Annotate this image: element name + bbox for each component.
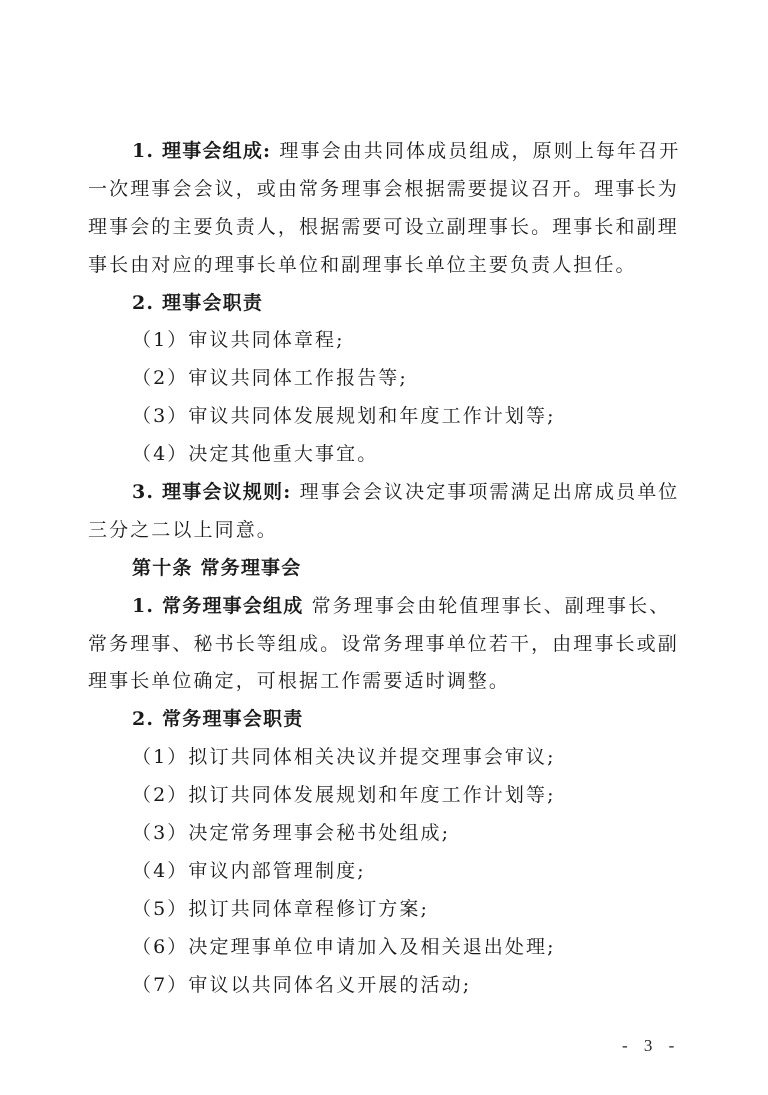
paragraph-line: 理事会的主要负责人，根据需要可设立副理事长。理事长和副理	[88, 209, 678, 247]
paragraph-council-composition: 1. 理事会组成: 理事会由共同体成员组成，原则上每年召开	[88, 133, 678, 171]
list-item: （2）审议共同体工作报告等;	[88, 360, 678, 398]
section-heading: 1. 常务理事会组成	[132, 595, 303, 617]
paragraph-line: 三分之二以上同意。	[88, 512, 678, 550]
list-item: （2）拟订共同体发展规划和年度工作计划等;	[88, 777, 678, 815]
document-body: 1. 理事会组成: 理事会由共同体成员组成，原则上每年召开 一次理事会会议，或由…	[88, 133, 678, 1004]
list-item: （4）审议内部管理制度;	[88, 853, 678, 891]
section-heading-standing-council-duties: 2. 常务理事会职责	[88, 701, 678, 739]
section-heading: 1. 理事会组成:	[132, 140, 271, 162]
paragraph-line: 一次理事会会议，或由常务理事会根据需要提议召开。理事长为	[88, 171, 678, 209]
list-item: （5）拟订共同体章程修订方案;	[88, 891, 678, 929]
paragraph-standing-council-composition: 1. 常务理事会组成 常务理事会由轮值理事长、副理事长、	[88, 588, 678, 626]
paragraph-line: 常务理事、秘书长等组成。设常务理事单位若干，由理事长或副	[88, 626, 678, 664]
list-item: （3）审议共同体发展规划和年度工作计划等;	[88, 398, 678, 436]
section-heading-council-duties: 2. 理事会职责	[88, 285, 678, 323]
article-heading: 第十条 常务理事会	[88, 550, 678, 588]
page-number: - 3 -	[622, 1036, 680, 1056]
paragraph-council-rules: 3. 理事会议规则: 理事会会议决定事项需满足出席成员单位	[88, 474, 678, 512]
section-heading: 3. 理事会议规则:	[132, 481, 291, 503]
paragraph-line: 事长由对应的理事长单位和副理事长单位主要负责人担任。	[88, 247, 678, 285]
list-item: （7）审议以共同体名义开展的活动;	[88, 967, 678, 1005]
list-item: （1）拟订共同体相关决议并提交理事会审议;	[88, 739, 678, 777]
paragraph-line: 理事长单位确定，可根据工作需要适时调整。	[88, 663, 678, 701]
list-item: （3）决定常务理事会秘书处组成;	[88, 815, 678, 853]
list-item: （1）审议共同体章程;	[88, 322, 678, 360]
list-item: （4）决定其他重大事宜。	[88, 436, 678, 474]
list-item: （6）决定理事单位申请加入及相关退出处理;	[88, 929, 678, 967]
